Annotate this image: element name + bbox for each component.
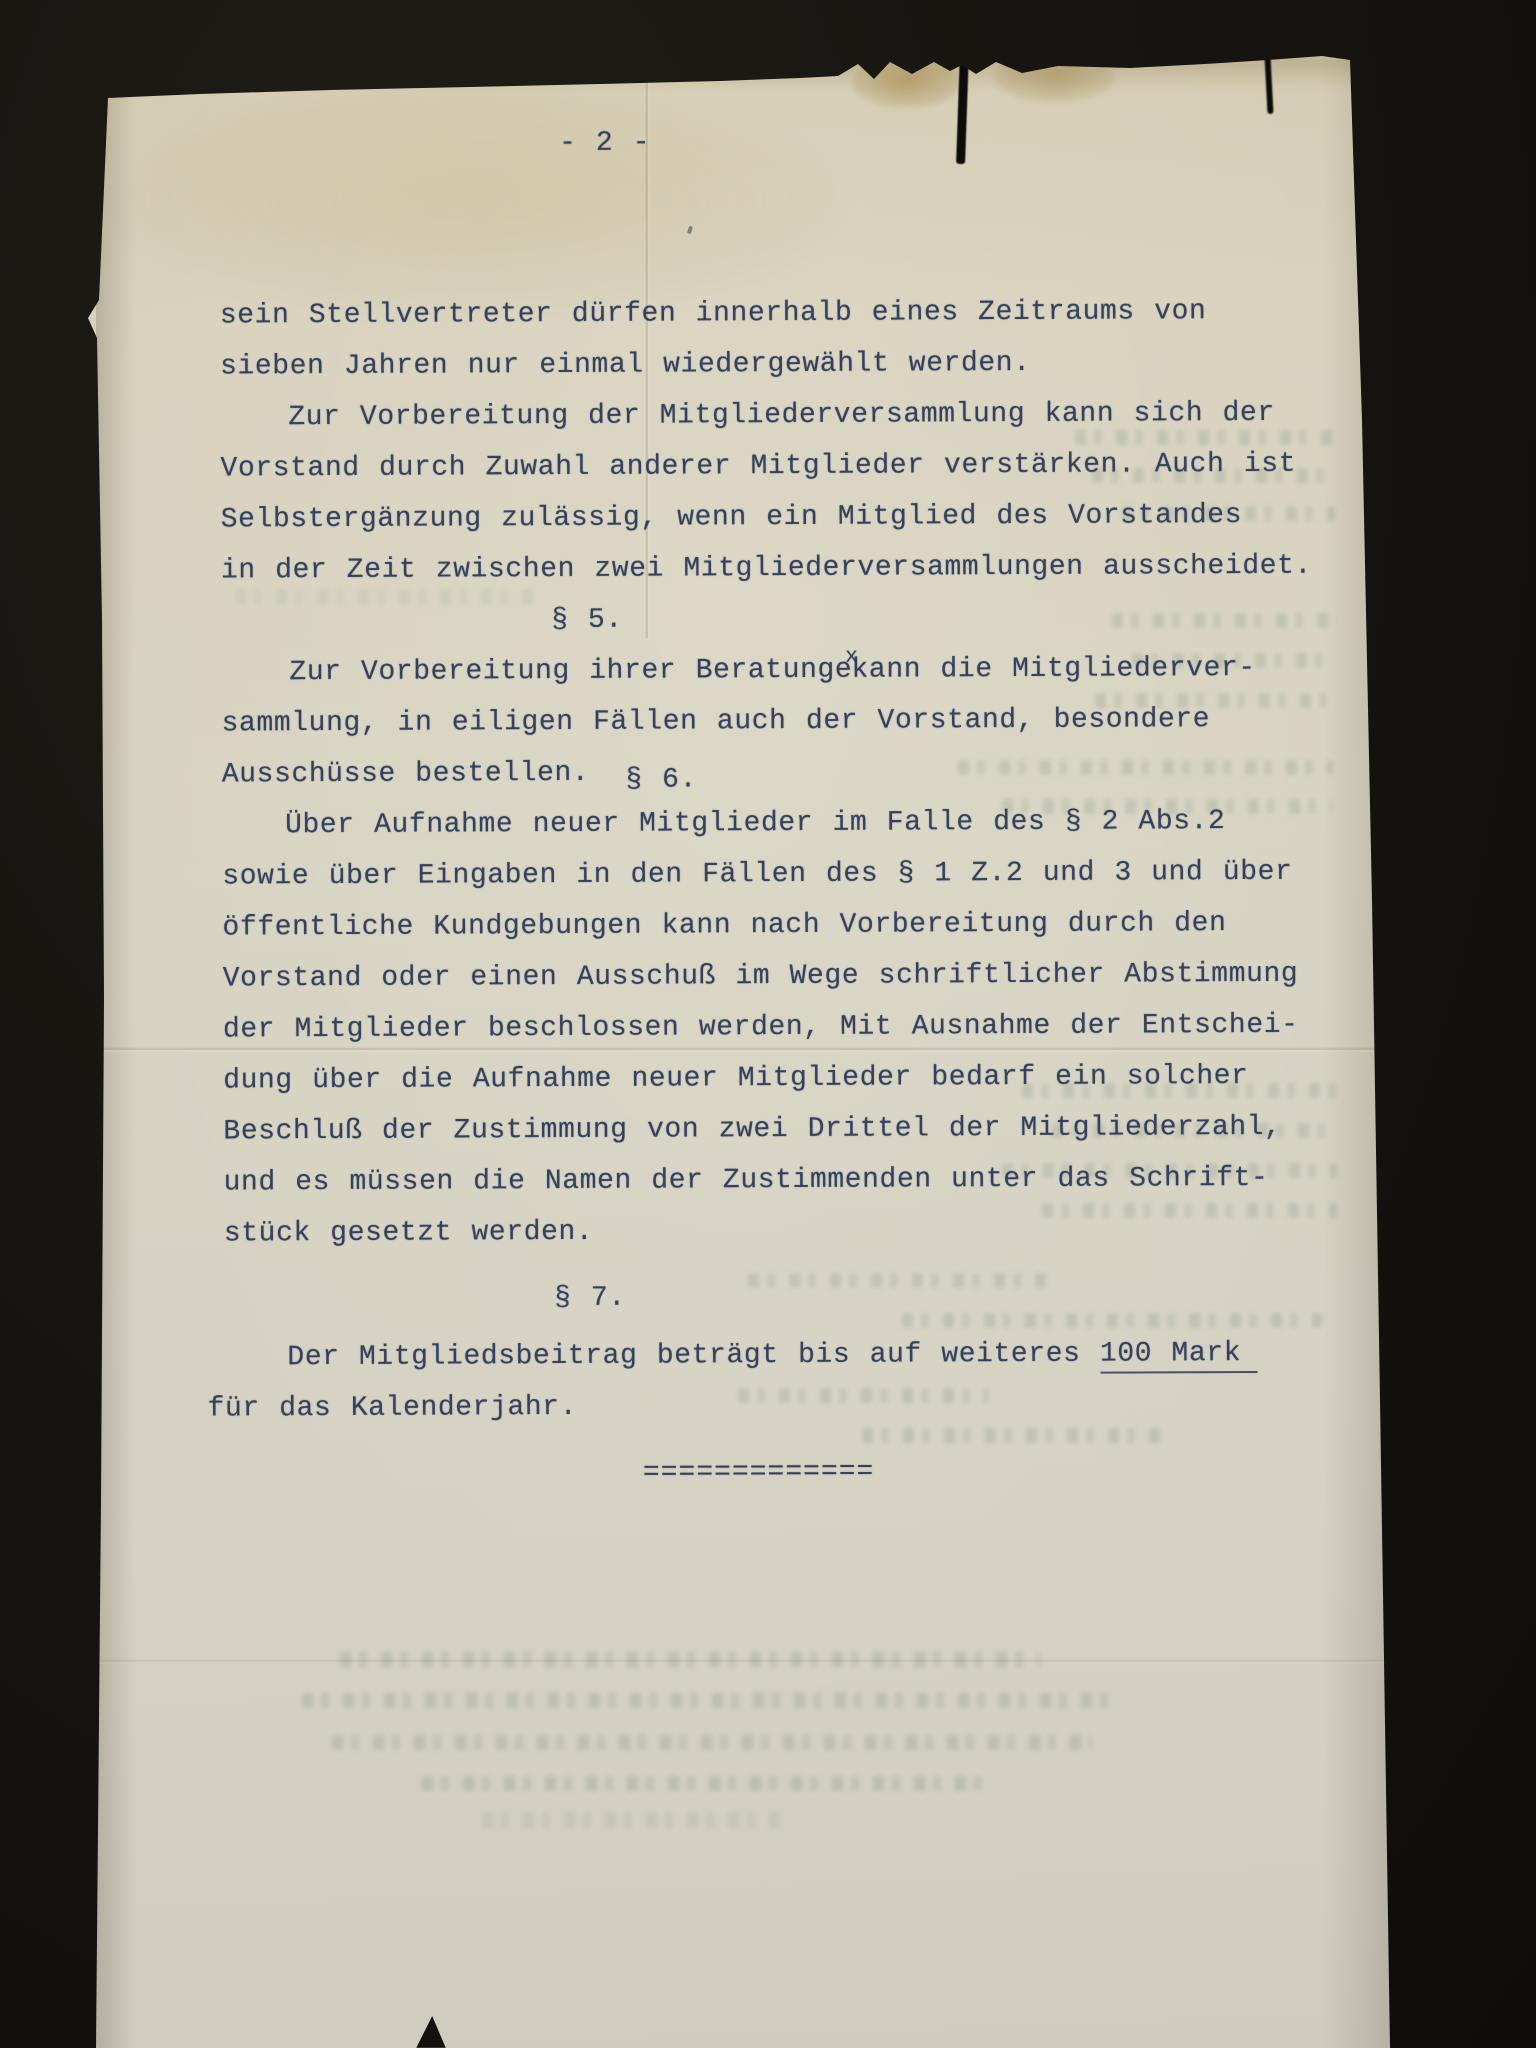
document-page: - 2 - sein Stellvertreter dürfen innerha… [0, 0, 1536, 2048]
text-line: sowie über Eingaben in den Fällen des § … [222, 847, 1362, 903]
bleedthrough-ghost-line [340, 1652, 1040, 1667]
bleedthrough-ghost-line [482, 1813, 782, 1828]
text-line: Zur Vorbereitung der Mitgliederversammlu… [220, 388, 1360, 444]
section-heading-5: § 5. [221, 592, 1361, 648]
section-heading-6: § 6. [625, 754, 697, 805]
text-line: sammlung, in eiligen Fällen auch der Vor… [222, 694, 1362, 750]
text-segment: kann die Mitgliederver- [851, 653, 1255, 686]
bleedthrough-ghost-line [332, 1735, 1092, 1750]
text-line: Vorstand durch Zuwahl anderer Mitglieder… [220, 439, 1360, 495]
typed-correction-x: x [845, 646, 858, 669]
edge-shading [96, 90, 136, 2048]
dark-object-tip [413, 2016, 453, 2048]
text-line: Beschluß der Zustimmung von zwei Drittel… [223, 1102, 1363, 1158]
text-line: sieben Jahren nur einmal wiedergewählt w… [220, 337, 1360, 393]
bleedthrough-ghost-line [302, 1693, 1122, 1708]
text-line: sein Stellvertreter dürfen innerhalb ein… [220, 286, 1360, 342]
tape-stain [994, 52, 1114, 102]
photo-background: - 2 - sein Stellvertreter dürfen innerha… [0, 0, 1536, 2048]
page-number: - 2 - [219, 116, 1359, 171]
text-line: und es müssen die Namen der Zustimmenden… [224, 1153, 1364, 1209]
section-heading-7: § 7. [224, 1270, 1364, 1326]
bleedthrough-ghost-line [422, 1776, 982, 1791]
text-line: in der Zeit zwischen zwei Mitgliedervers… [221, 541, 1361, 597]
text-line: für das Kalenderjahr. [208, 1379, 1365, 1435]
paper-tear [1264, 56, 1273, 114]
text-line: stück gesetzt werden. [224, 1204, 1364, 1260]
text-line: dung über die Aufnahme neuer Mitglieder … [223, 1051, 1363, 1107]
text-line: Zur Vorbereitung ihrer Beratungexkann di… [221, 643, 1361, 699]
text-line: Ausschüsse bestellen.§ 6. [222, 745, 1362, 801]
underlined-amount: 100 Mark [1100, 1338, 1257, 1374]
text-segment: Zur Vorbereitung ihrer Beratunge [289, 655, 852, 688]
text-line: Selbstergänzung zulässig, wenn ein Mitgl… [221, 490, 1361, 546]
paper-top-stain [96, 56, 1356, 90]
text-line: Über Aufnahme neuer Mitglieder im Falle … [222, 796, 1362, 852]
text-line: der Mitglieder beschlossen werden, Mit A… [223, 1000, 1363, 1056]
text-line: öffentliche Kundgebungen kann nach Vorbe… [222, 898, 1362, 954]
typewritten-text: - 2 - sein Stellvertreter dürfen innerha… [219, 116, 1365, 1501]
text-segment: Der Mitgliedsbeitrag beträgt bis auf wei… [287, 1339, 1100, 1374]
text-line: Der Mitgliedsbeitrag beträgt bis auf wei… [224, 1328, 1364, 1384]
tape-stain [852, 56, 962, 108]
text-segment: Ausschüsse bestellen. [222, 758, 590, 791]
text-line: Vorstand oder einen Ausschuß im Wege sch… [223, 949, 1363, 1005]
end-separator: ============= [225, 1445, 1365, 1501]
